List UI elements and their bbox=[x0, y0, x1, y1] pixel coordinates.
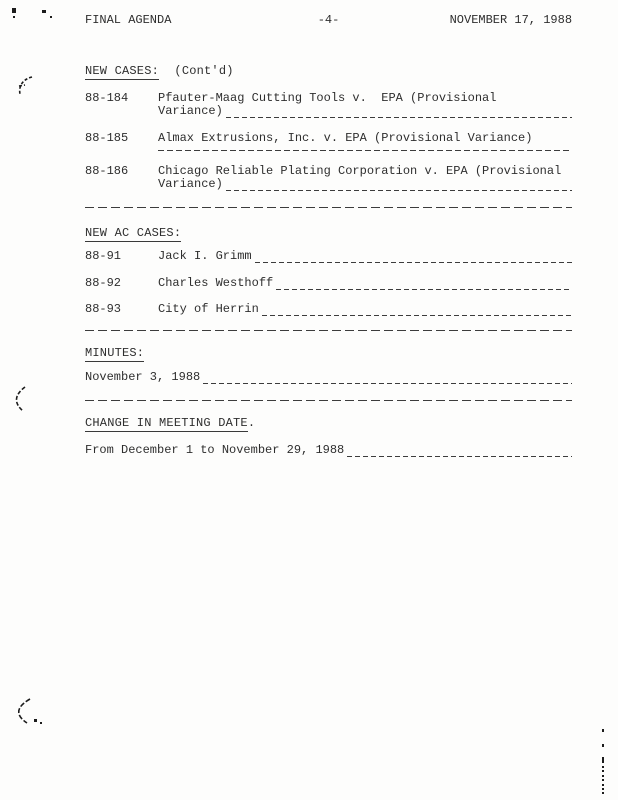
section-heading-meeting-date-change: CHANGE IN MEETING DATE. bbox=[85, 417, 572, 430]
section-heading-new-ac-cases: NEW AC CASES: bbox=[85, 227, 572, 240]
new-cases-cont-label: (Cont'd) bbox=[174, 64, 233, 78]
ac-case-entry: 88-93 City of Herrin bbox=[85, 303, 572, 316]
case-number: 88-184 bbox=[85, 92, 158, 118]
dotted-fill-line bbox=[203, 371, 572, 384]
document-title: FINAL AGENDA bbox=[85, 14, 318, 27]
page-content: FINAL AGENDA -4- NOVEMBER 17, 1988 NEW C… bbox=[0, 0, 618, 457]
dotted-fill-line bbox=[158, 145, 572, 151]
dotted-fill-line bbox=[276, 277, 572, 290]
case-number: 88-185 bbox=[85, 132, 158, 151]
ac-case-entry: 88-92 Charles Westhoff bbox=[85, 277, 572, 290]
section-separator bbox=[85, 207, 572, 208]
case-description: Almax Extrusions, Inc. v. EPA (Provision… bbox=[158, 132, 572, 151]
edge-dotted-line bbox=[602, 729, 604, 794]
meeting-date-change-heading-text: CHANGE IN MEETING DATE bbox=[85, 416, 248, 432]
case-title-line2: Variance) bbox=[158, 178, 223, 191]
case-entry: 88-184 Pfauter-Maag Cutting Tools v. EPA… bbox=[85, 92, 572, 118]
meeting-date-change-row: From December 1 to November 29, 1988 bbox=[85, 444, 572, 457]
case-name: City of Herrin bbox=[158, 303, 259, 316]
case-name: Charles Westhoff bbox=[158, 277, 273, 290]
dotted-fill-line bbox=[347, 444, 572, 457]
case-title-line1: Almax Extrusions, Inc. v. EPA (Provision… bbox=[158, 132, 532, 145]
page-number: -4- bbox=[318, 14, 340, 27]
ac-case-entry: 88-91 Jack I. Grimm bbox=[85, 250, 572, 263]
section-heading-new-cases: NEW CASES: (Cont'd) bbox=[85, 65, 572, 78]
new-cases-heading-text: NEW CASES: bbox=[85, 64, 159, 80]
dotted-fill-line bbox=[226, 178, 572, 191]
ink-speck-icon bbox=[40, 722, 42, 724]
case-title-line2: Variance) bbox=[158, 105, 223, 118]
dotted-fill-line bbox=[226, 105, 572, 118]
heading-punctuation: . bbox=[248, 416, 255, 430]
header-date: NOVEMBER 17, 1988 bbox=[339, 14, 572, 27]
minutes-date: November 3, 1988 bbox=[85, 371, 200, 384]
scanned-agenda-page: FINAL AGENDA -4- NOVEMBER 17, 1988 NEW C… bbox=[0, 0, 618, 800]
case-entry: 88-186 Chicago Reliable Plating Corporat… bbox=[85, 165, 572, 191]
new-ac-cases-heading-text: NEW AC CASES: bbox=[85, 226, 181, 242]
minutes-date-row: November 3, 1988 bbox=[85, 371, 572, 384]
meeting-date-change-text: From December 1 to November 29, 1988 bbox=[85, 444, 344, 457]
case-number: 88-92 bbox=[85, 277, 158, 290]
case-entry: 88-185 Almax Extrusions, Inc. v. EPA (Pr… bbox=[85, 132, 572, 151]
case-description: Pfauter-Maag Cutting Tools v. EPA (Provi… bbox=[158, 92, 572, 118]
case-number: 88-93 bbox=[85, 303, 158, 316]
section-separator bbox=[85, 400, 572, 401]
page-header: FINAL AGENDA -4- NOVEMBER 17, 1988 bbox=[85, 14, 572, 27]
ink-speck-icon bbox=[34, 719, 37, 722]
minutes-heading-text: MINUTES: bbox=[85, 346, 144, 362]
section-heading-minutes: MINUTES: bbox=[85, 347, 572, 360]
dotted-fill-line bbox=[255, 250, 572, 263]
dotted-fill-line bbox=[262, 303, 572, 316]
case-number: 88-91 bbox=[85, 250, 158, 263]
case-number: 88-186 bbox=[85, 165, 158, 191]
section-separator bbox=[85, 330, 572, 331]
handwritten-curve-mark-icon bbox=[19, 699, 30, 723]
case-name: Jack I. Grimm bbox=[158, 250, 252, 263]
case-description: Chicago Reliable Plating Corporation v. … bbox=[158, 165, 572, 191]
